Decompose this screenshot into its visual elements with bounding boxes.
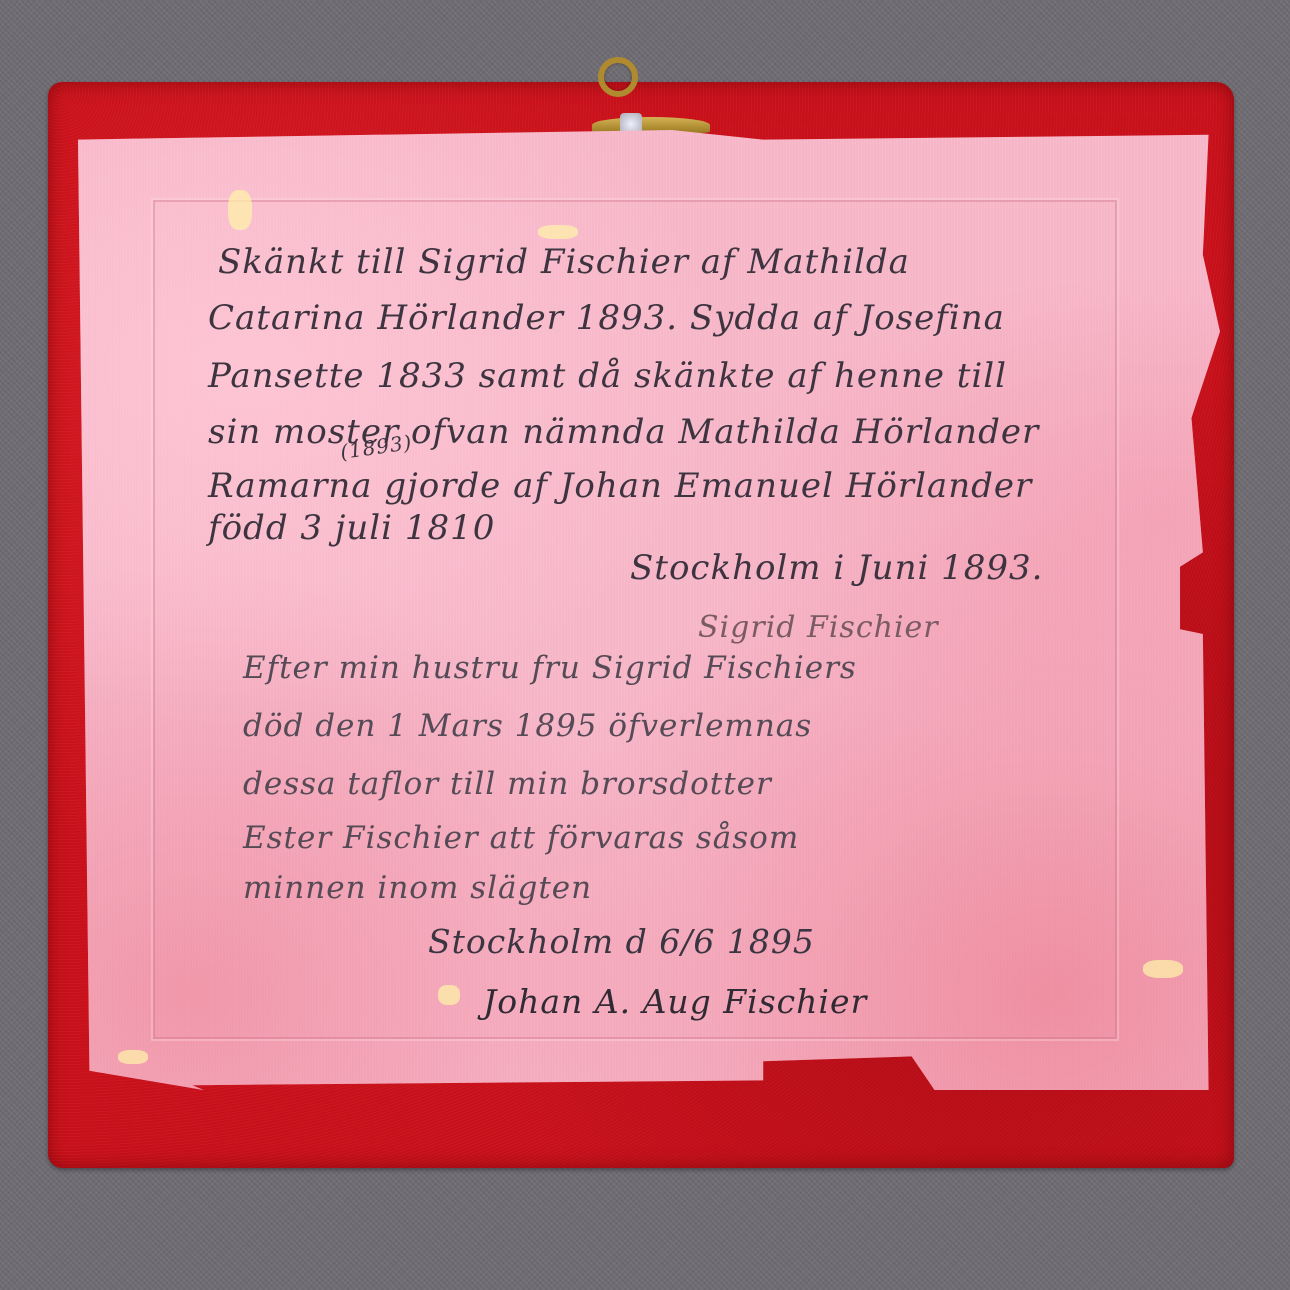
- inscription-line-10: död den 1 Mars 1895 öfverlemnas: [243, 708, 812, 744]
- paper-stain: [1143, 960, 1183, 978]
- inscription-line-1: Skänkt till Sigrid Fischier af Mathilda: [218, 242, 910, 282]
- inscription-line-13: minnen inom slägten: [243, 870, 592, 906]
- paper-stain: [228, 190, 252, 230]
- handwritten-label: Skänkt till Sigrid Fischier af Mathilda …: [78, 130, 1220, 1090]
- inscription-line-5: Ramarna gjorde af Johan Emanuel Hörlande…: [208, 466, 1032, 506]
- paper-stain: [118, 1050, 148, 1064]
- hanging-ring-icon: [598, 57, 638, 97]
- inscription-line-6: född 3 juli 1810: [208, 508, 495, 548]
- inscription-line-3: Pansette 1833 samt då skänkte af henne t…: [208, 356, 1007, 396]
- inscription-line-4: sin moster ofvan nämnda Mathilda Hörland…: [208, 412, 1039, 452]
- inscription-line-9: Efter min hustru fru Sigrid Fischiers: [243, 650, 857, 686]
- inscription-line-11: dessa taflor till min brorsdotter: [243, 766, 772, 802]
- place-date-1893: Stockholm i Juni 1893.: [630, 548, 1043, 588]
- signature-johan: Johan A. Aug Fischier: [483, 982, 867, 1021]
- paper-stain: [538, 225, 578, 239]
- inscription-line-12: Ester Fischier att förvaras såsom: [243, 820, 799, 856]
- signature-sigrid: Sigrid Fischier: [698, 610, 939, 645]
- paper-stain: [438, 985, 460, 1005]
- inscription-line-2: Catarina Hörlander 1893. Sydda af Josefi…: [208, 298, 1005, 338]
- place-date-1895: Stockholm d 6/6 1895: [428, 922, 815, 961]
